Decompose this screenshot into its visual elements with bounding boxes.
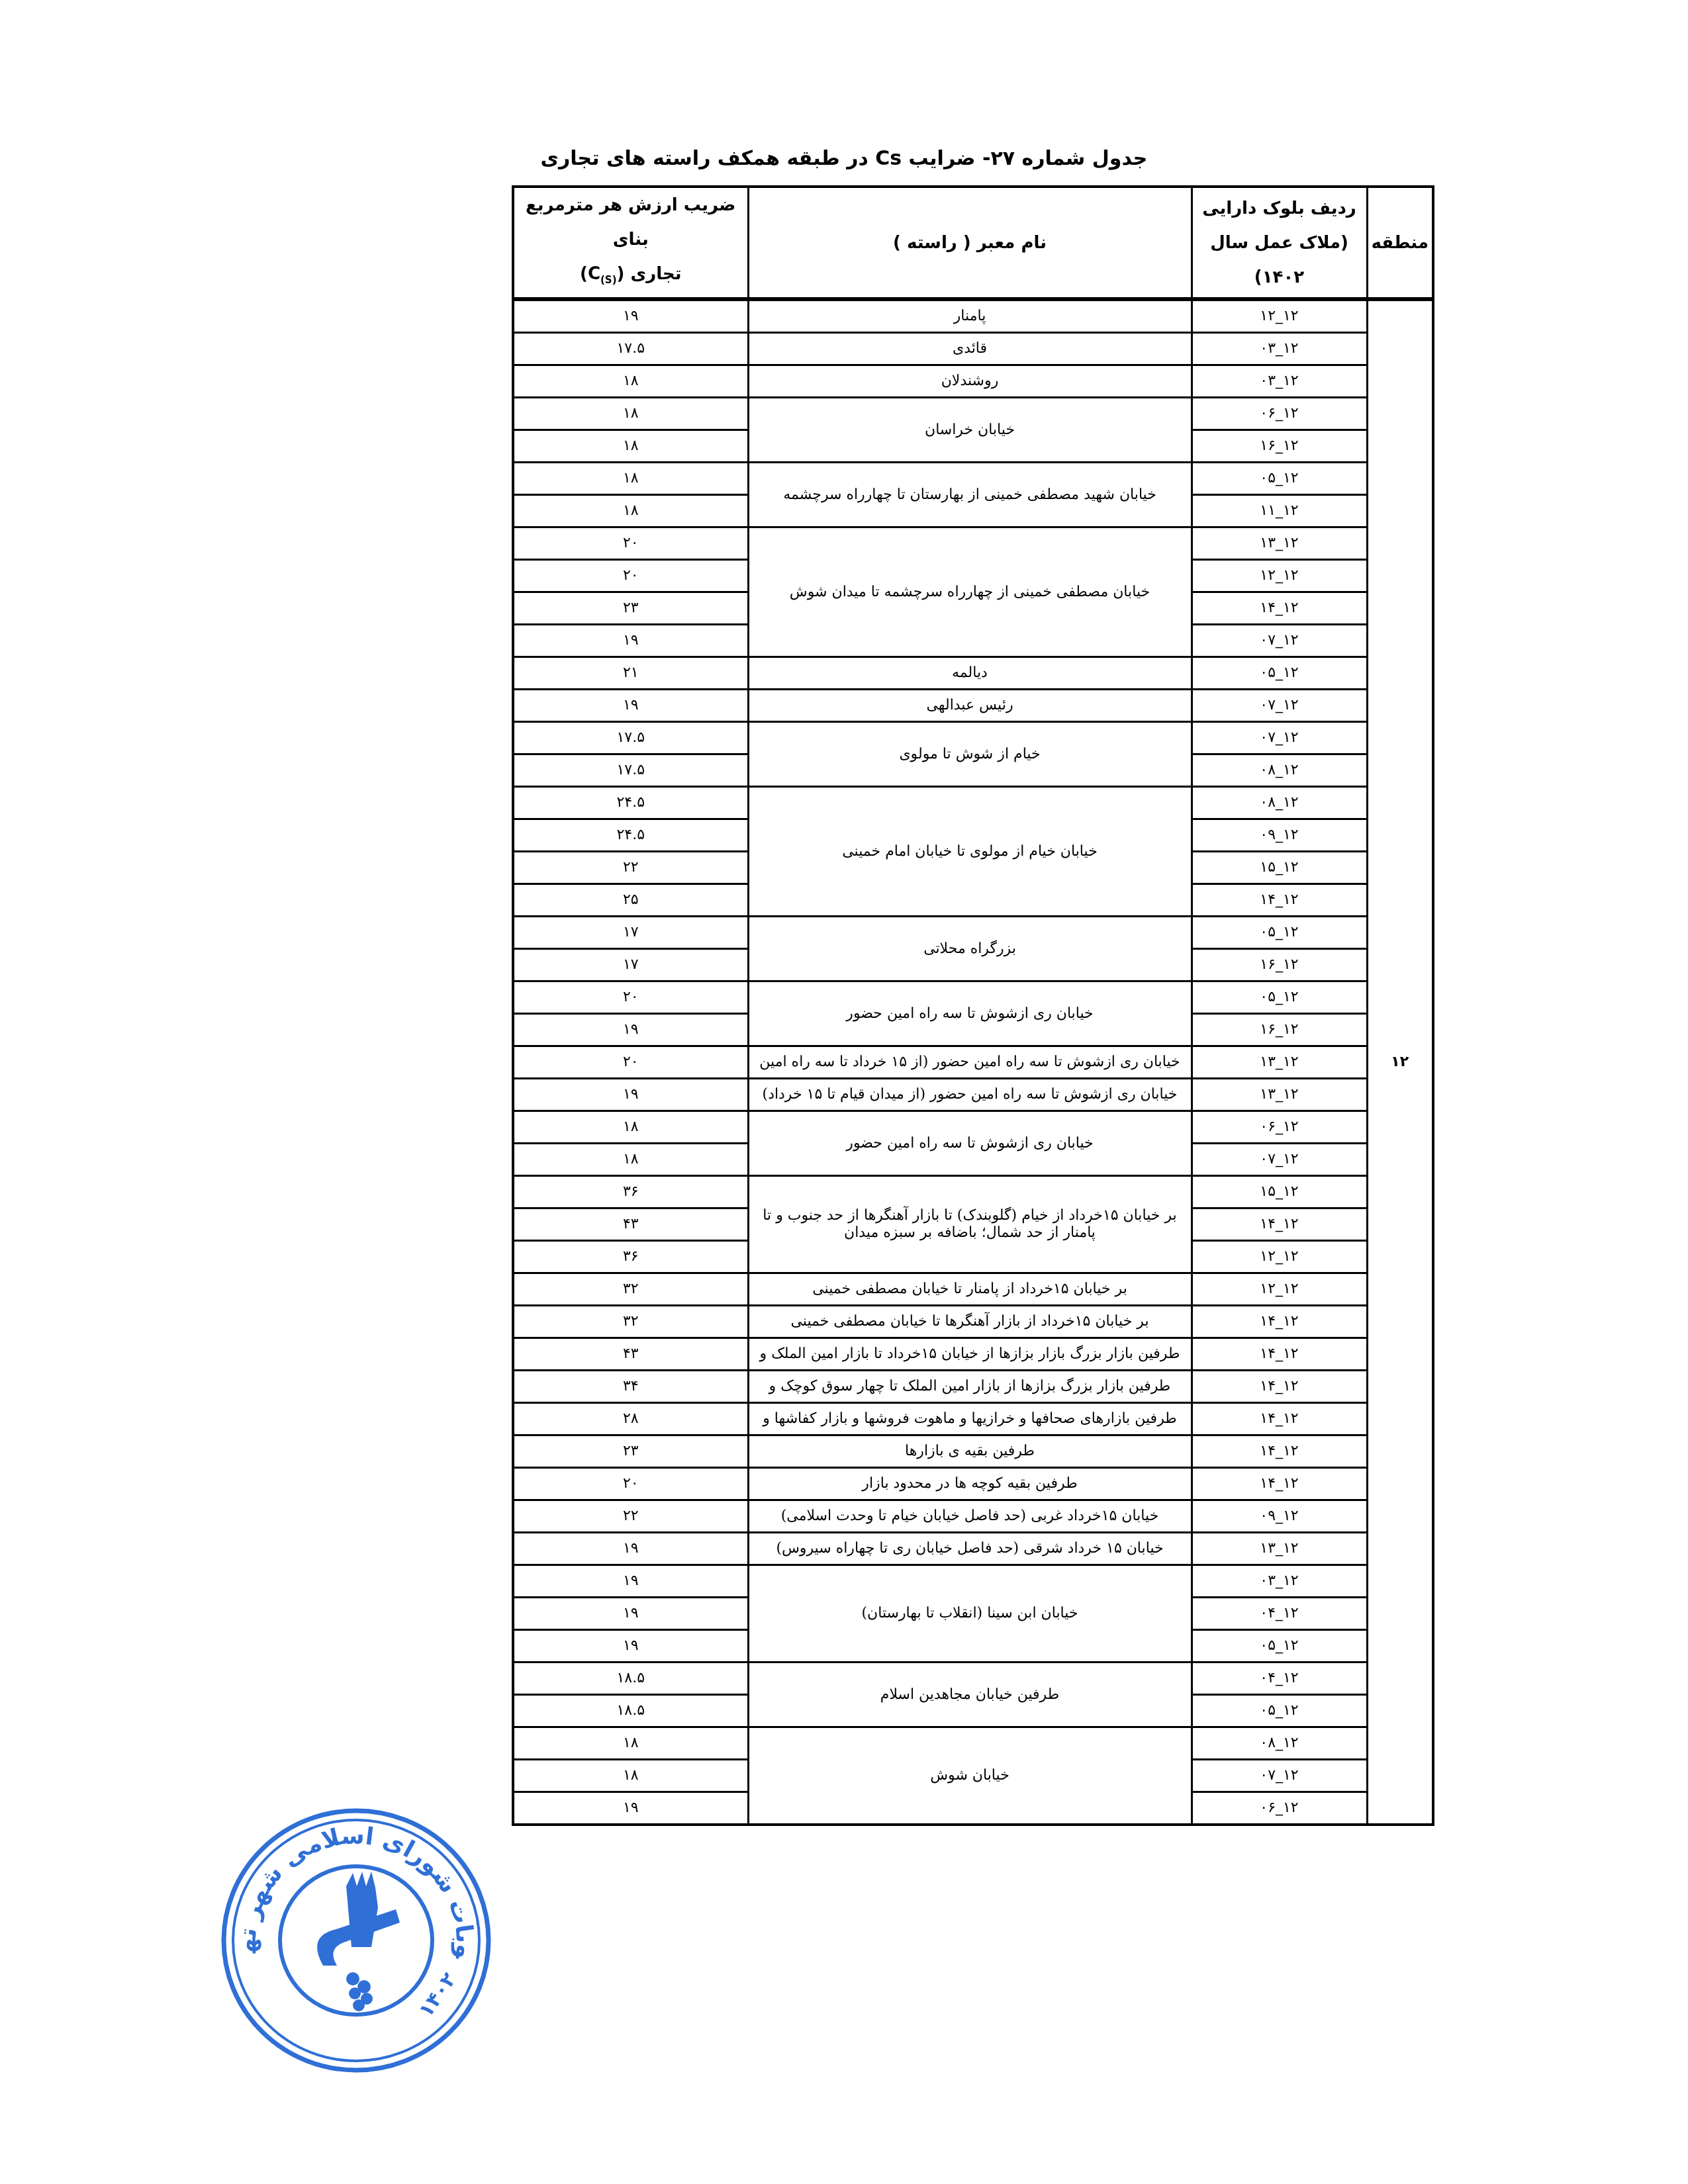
block-id-cell: ۱۲_۱۴ [1192,1306,1367,1338]
table-row: ۱۲_۰۵بزرگراه محلاتی۱۷ [513,917,1433,949]
coefficient-cell: ۲۱ [513,657,748,690]
block-id-cell: ۱۲_۰۵ [1192,1630,1367,1662]
street-name-cell: خیام از شوش تا مولوی [748,722,1192,787]
coefficient-cell: ۲۰ [513,527,748,560]
table-row: ۱۲_۱۳خیابان ۱۵ خرداد شرقی (حد فاصل خیابا… [513,1533,1433,1565]
block-id-cell: ۱۲_۱۳ [1192,1046,1367,1079]
header-coefficient: ضریب ارزش هر مترمربع بنای تجاری (C(S)) [513,187,748,299]
coef-symbol-subscript: (S) [600,274,617,286]
coefficient-cell: ۲۳ [513,1435,748,1468]
coefficient-cell: ۳۶ [513,1241,748,1273]
street-name-cell: خیابان ابن سینا (انقلاب تا بهارستان) [748,1565,1192,1662]
block-id-cell: ۱۲_۱۶ [1192,430,1367,463]
coefficient-cell: ۱۷.۵ [513,333,748,365]
coefficient-cell: ۱۹ [513,1630,748,1662]
table-row: ۱۲_۰۵خیابان شهید مصطفی خمینی از بهارستان… [513,463,1433,495]
block-id-cell: ۱۲_۰۹ [1192,1500,1367,1533]
coefficient-cell: ۱۹ [513,1598,748,1630]
street-name-cell: خیابان ری ازشوش تا سه راه امین حضور [748,1111,1192,1176]
council-seal-stamp: مصوبات شورای اسلامی شهر تهران ۱۴۰۲ [211,1800,502,2078]
coefficient-cell: ۱۸ [513,430,748,463]
table-row: ۱۲_۰۳روشندلان۱۸ [513,365,1433,398]
table-row: ۱۲_۰۴طرفین خیابان مجاهدین اسلام۱۸.۵ [513,1662,1433,1695]
coefficient-cell: ۲۲ [513,1500,748,1533]
table-row: ۱۲۱۲_۱۲پامنار۱۹ [513,299,1433,333]
table-row: ۱۲_۱۳خیابان ری ازشوش تا سه راه امین حضور… [513,1079,1433,1111]
table-row: ۱۲_۰۷رئیس عبدالهی۱۹ [513,690,1433,722]
table-row: ۱۲_۱۴طرفین بقیه ی بازارها۲۳ [513,1435,1433,1468]
street-name-cell: خیابان شهید مصطفی خمینی از بهارستان تا چ… [748,463,1192,527]
coefficient-cell: ۳۲ [513,1306,748,1338]
table-row: ۱۲_۱۴طرفین بقیه کوچه ها در محدود بازار۲۰ [513,1468,1433,1500]
block-id-cell: ۱۲_۱۵ [1192,852,1367,884]
block-id-cell: ۱۲_۰۸ [1192,754,1367,787]
block-id-cell: ۱۲_۰۶ [1192,398,1367,430]
street-name-cell: خیابان خیام از مولوی تا خیابان امام خمین… [748,787,1192,917]
coefficient-cell: ۲۳ [513,592,748,625]
table-row: ۱۲_۰۵خیابان ری ازشوش تا سه راه امین حضور… [513,981,1433,1014]
street-name-cell: طرفین بازار بزرگ بازار بزازها از خیابان … [748,1338,1192,1371]
coefficient-cell: ۳۶ [513,1176,748,1208]
coefficient-cell: ۲۰ [513,1046,748,1079]
block-id-cell: ۱۲_۰۵ [1192,463,1367,495]
coefficient-cell: ۱۹ [513,1565,748,1598]
block-id-cell: ۱۲_۱۳ [1192,1079,1367,1111]
block-id-cell: ۱۲_۰۷ [1192,1144,1367,1176]
table-header-row: منطقه ردیف بلوک دارایی (ملاک عمل سال ۱۴۰… [513,187,1433,299]
coefficient-cell: ۱۸ [513,463,748,495]
coefficient-cell: ۱۸.۵ [513,1695,748,1727]
table-row: ۱۲_۰۳خیابان ابن سینا (انقلاب تا بهارستان… [513,1565,1433,1598]
coefficient-cell: ۲۸ [513,1403,748,1435]
street-name-cell: طرفین بازار بزرگ بزازها از بازار امین ال… [748,1371,1192,1403]
block-id-cell: ۱۲_۱۴ [1192,1208,1367,1241]
street-name-cell: طرفین بقیه کوچه ها در محدود بازار [748,1468,1192,1500]
table-row: ۱۲_۰۶خیابان ری ازشوش تا سه راه امین حضور… [513,1111,1433,1144]
block-id-cell: ۱۲_۱۲ [1192,560,1367,592]
cs-coefficients-table: منطقه ردیف بلوک دارایی (ملاک عمل سال ۱۴۰… [512,185,1434,1826]
street-name-cell: بر خیابان ۱۵خرداد از بازار آهنگرها تا خی… [748,1306,1192,1338]
block-id-cell: ۱۲_۰۳ [1192,333,1367,365]
block-id-cell: ۱۲_۰۴ [1192,1598,1367,1630]
street-name-cell: طرفین بازارهای صحافها و خرازیها و ماهوت … [748,1403,1192,1435]
street-name-cell: رئیس عبدالهی [748,690,1192,722]
header-block-row: ردیف بلوک دارایی (ملاک عمل سال ۱۴۰۲) [1192,187,1367,299]
coefficient-cell: ۱۹ [513,625,748,657]
block-id-cell: ۱۲_۱۴ [1192,1338,1367,1371]
header-block-line2: (ملاک عمل سال ۱۴۰۲) [1193,226,1366,295]
table-row: ۱۲_۰۳قائدی۱۷.۵ [513,333,1433,365]
table-row: ۱۲_۰۸خیابان خیام از مولوی تا خیابان امام… [513,787,1433,819]
block-id-cell: ۱۲_۰۷ [1192,1760,1367,1792]
block-id-cell: ۱۲_۱۱ [1192,495,1367,527]
table-row: ۱۲_۰۹خیابان ۱۵خرداد غربی (حد فاصل خیابان… [513,1500,1433,1533]
table-row: ۱۲_۱۴طرفین بازار بزرگ بازار بزازها از خی… [513,1338,1433,1371]
block-id-cell: ۱۲_۱۴ [1192,1371,1367,1403]
street-name-cell: بر خیابان ۱۵خرداد از پامنار تا خیابان مص… [748,1273,1192,1306]
block-id-cell: ۱۲_۱۵ [1192,1176,1367,1208]
street-name-cell: طرفین بقیه ی بازارها [748,1435,1192,1468]
coefficient-cell: ۴۳ [513,1338,748,1371]
table-row: ۱۲_۱۵بر خیابان ۱۵خرداد از خیام (گلوبندک)… [513,1176,1433,1208]
block-id-cell: ۱۲_۱۳ [1192,1533,1367,1565]
block-id-cell: ۱۲_۰۴ [1192,1662,1367,1695]
coefficient-cell: ۱۸ [513,365,748,398]
header-region: منطقه [1367,187,1433,299]
street-name-cell: قائدی [748,333,1192,365]
table-row: ۱۲_۱۴طرفین بازار بزرگ بزازها از بازار ام… [513,1371,1433,1403]
table-title: جدول شماره ۲۷- ضرایب Cs در طبقه همکف راس… [0,147,1688,170]
street-name-cell: خیابان خراسان [748,398,1192,463]
street-name-cell: طرفین خیابان مجاهدین اسلام [748,1662,1192,1727]
block-id-cell: ۱۲_۰۷ [1192,722,1367,754]
block-id-cell: ۱۲_۱۲ [1192,1273,1367,1306]
table-row: ۱۲_۱۳خیابان ری ازشوش تا سه راه امین حضور… [513,1046,1433,1079]
block-id-cell: ۱۲_۰۹ [1192,819,1367,852]
coefficient-cell: ۱۹ [513,1792,748,1825]
header-coef-line2-text: تجاری [630,264,681,284]
block-id-cell: ۱۲_۱۶ [1192,949,1367,981]
block-id-cell: ۱۲_۱۴ [1192,1403,1367,1435]
coefficient-cell: ۱۸.۵ [513,1662,748,1695]
block-id-cell: ۱۲_۰۳ [1192,365,1367,398]
coefficient-cell: ۲۲ [513,852,748,884]
coefficient-cell: ۱۸ [513,1727,748,1760]
header-block-line1: ردیف بلوک دارایی [1193,191,1366,226]
street-name-cell: بزرگراه محلاتی [748,917,1192,981]
stamp-emblem-icon [317,1872,400,2011]
block-id-cell: ۱۲_۰۵ [1192,981,1367,1014]
table-row: ۱۲_۰۵دیالمه۲۱ [513,657,1433,690]
block-id-cell: ۱۲_۱۴ [1192,1468,1367,1500]
block-id-cell: ۱۲_۱۳ [1192,527,1367,560]
table-row: ۱۲_۱۳خیابان مصطفی خمینی از چهارراه سرچشم… [513,527,1433,560]
block-id-cell: ۱۲_۱۲ [1192,1241,1367,1273]
coefficient-cell: ۱۷ [513,949,748,981]
block-id-cell: ۱۲_۰۷ [1192,690,1367,722]
block-id-cell: ۱۲_۰۶ [1192,1792,1367,1825]
block-id-cell: ۱۲_۱۴ [1192,592,1367,625]
coefficient-cell: ۲۴.۵ [513,787,748,819]
street-name-cell: خیابان شوش [748,1727,1192,1825]
street-name-cell: بر خیابان ۱۵خرداد از خیام (گلوبندک) تا ب… [748,1176,1192,1273]
coefficient-cell: ۱۸ [513,1144,748,1176]
block-id-cell: ۱۲_۱۴ [1192,884,1367,917]
coefficient-cell: ۲۵ [513,884,748,917]
block-id-cell: ۱۲_۰۵ [1192,917,1367,949]
block-id-cell: ۱۲_۰۳ [1192,1565,1367,1598]
block-id-cell: ۱۲_۱۶ [1192,1014,1367,1046]
table-row: ۱۲_۱۴بر خیابان ۱۵خرداد از بازار آهنگرها … [513,1306,1433,1338]
street-name-cell: خیابان ۱۵خرداد غربی (حد فاصل خیابان خیام… [748,1500,1192,1533]
coefficient-cell: ۱۸ [513,398,748,430]
coefficient-cell: ۱۸ [513,1760,748,1792]
coefficient-cell: ۲۰ [513,1468,748,1500]
coefficient-cell: ۲۰ [513,560,748,592]
table-row: ۱۲_۱۴طرفین بازارهای صحافها و خرازیها و م… [513,1403,1433,1435]
street-name-cell: روشندلان [748,365,1192,398]
coefficient-cell: ۲۰ [513,981,748,1014]
block-id-cell: ۱۲_۰۸ [1192,787,1367,819]
coefficient-cell: ۱۹ [513,1014,748,1046]
coefficient-cell: ۱۷.۵ [513,722,748,754]
street-name-cell: خیابان ری ازشوش تا سه راه امین حضور (از … [748,1046,1192,1079]
block-id-cell: ۱۲_۰۵ [1192,657,1367,690]
coefficient-cell: ۲۴.۵ [513,819,748,852]
coefficient-cell: ۱۷ [513,917,748,949]
table-row: ۱۲_۰۷خیام از شوش تا مولوی۱۷.۵ [513,722,1433,754]
coefficient-cell: ۱۹ [513,690,748,722]
header-street-name: نام معبر ( راسته ) [748,187,1192,299]
block-id-cell: ۱۲_۰۸ [1192,1727,1367,1760]
coefficient-cell: ۱۷.۵ [513,754,748,787]
coefficient-cell: ۱۹ [513,1079,748,1111]
region-cell: ۱۲ [1367,299,1433,1825]
block-id-cell: ۱۲_۱۲ [1192,299,1367,333]
block-id-cell: ۱۲_۰۵ [1192,1695,1367,1727]
block-id-cell: ۱۲_۰۷ [1192,625,1367,657]
block-id-cell: ۱۲_۱۴ [1192,1435,1367,1468]
table-row: ۱۲_۰۸خیابان شوش۱۸ [513,1727,1433,1760]
street-name-cell: خیابان ری ازشوش تا سه راه امین حضور (از … [748,1079,1192,1111]
street-name-cell: پامنار [748,299,1192,333]
coef-symbol: (C(S)) [580,264,624,284]
coefficient-cell: ۱۸ [513,495,748,527]
table-body: ۱۲۱۲_۱۲پامنار۱۹۱۲_۰۳قائدی۱۷.۵۱۲_۰۳روشندل… [513,299,1433,1825]
coefficient-cell: ۴۳ [513,1208,748,1241]
table-row: ۱۲_۱۲بر خیابان ۱۵خرداد از پامنار تا خیاب… [513,1273,1433,1306]
street-name-cell: خیابان ۱۵ خرداد شرقی (حد فاصل خیابان ری … [748,1533,1192,1565]
street-name-cell: خیابان ری ازشوش تا سه راه امین حضور [748,981,1192,1046]
coef-symbol-letter: C [588,264,600,284]
coefficient-cell: ۳۲ [513,1273,748,1306]
coefficient-cell: ۱۹ [513,1533,748,1565]
header-coef-line2: تجاری (C(S)) [514,257,747,297]
street-name-cell: دیالمه [748,657,1192,690]
coefficient-cell: ۱۸ [513,1111,748,1144]
table-row: ۱۲_۰۶خیابان خراسان۱۸ [513,398,1433,430]
street-name-cell: خیابان مصطفی خمینی از چهارراه سرچشمه تا … [748,527,1192,657]
coefficient-cell: ۳۴ [513,1371,748,1403]
coefficient-cell: ۱۹ [513,299,748,333]
header-coef-line1: ضریب ارزش هر مترمربع بنای [514,188,747,257]
block-id-cell: ۱۲_۰۶ [1192,1111,1367,1144]
